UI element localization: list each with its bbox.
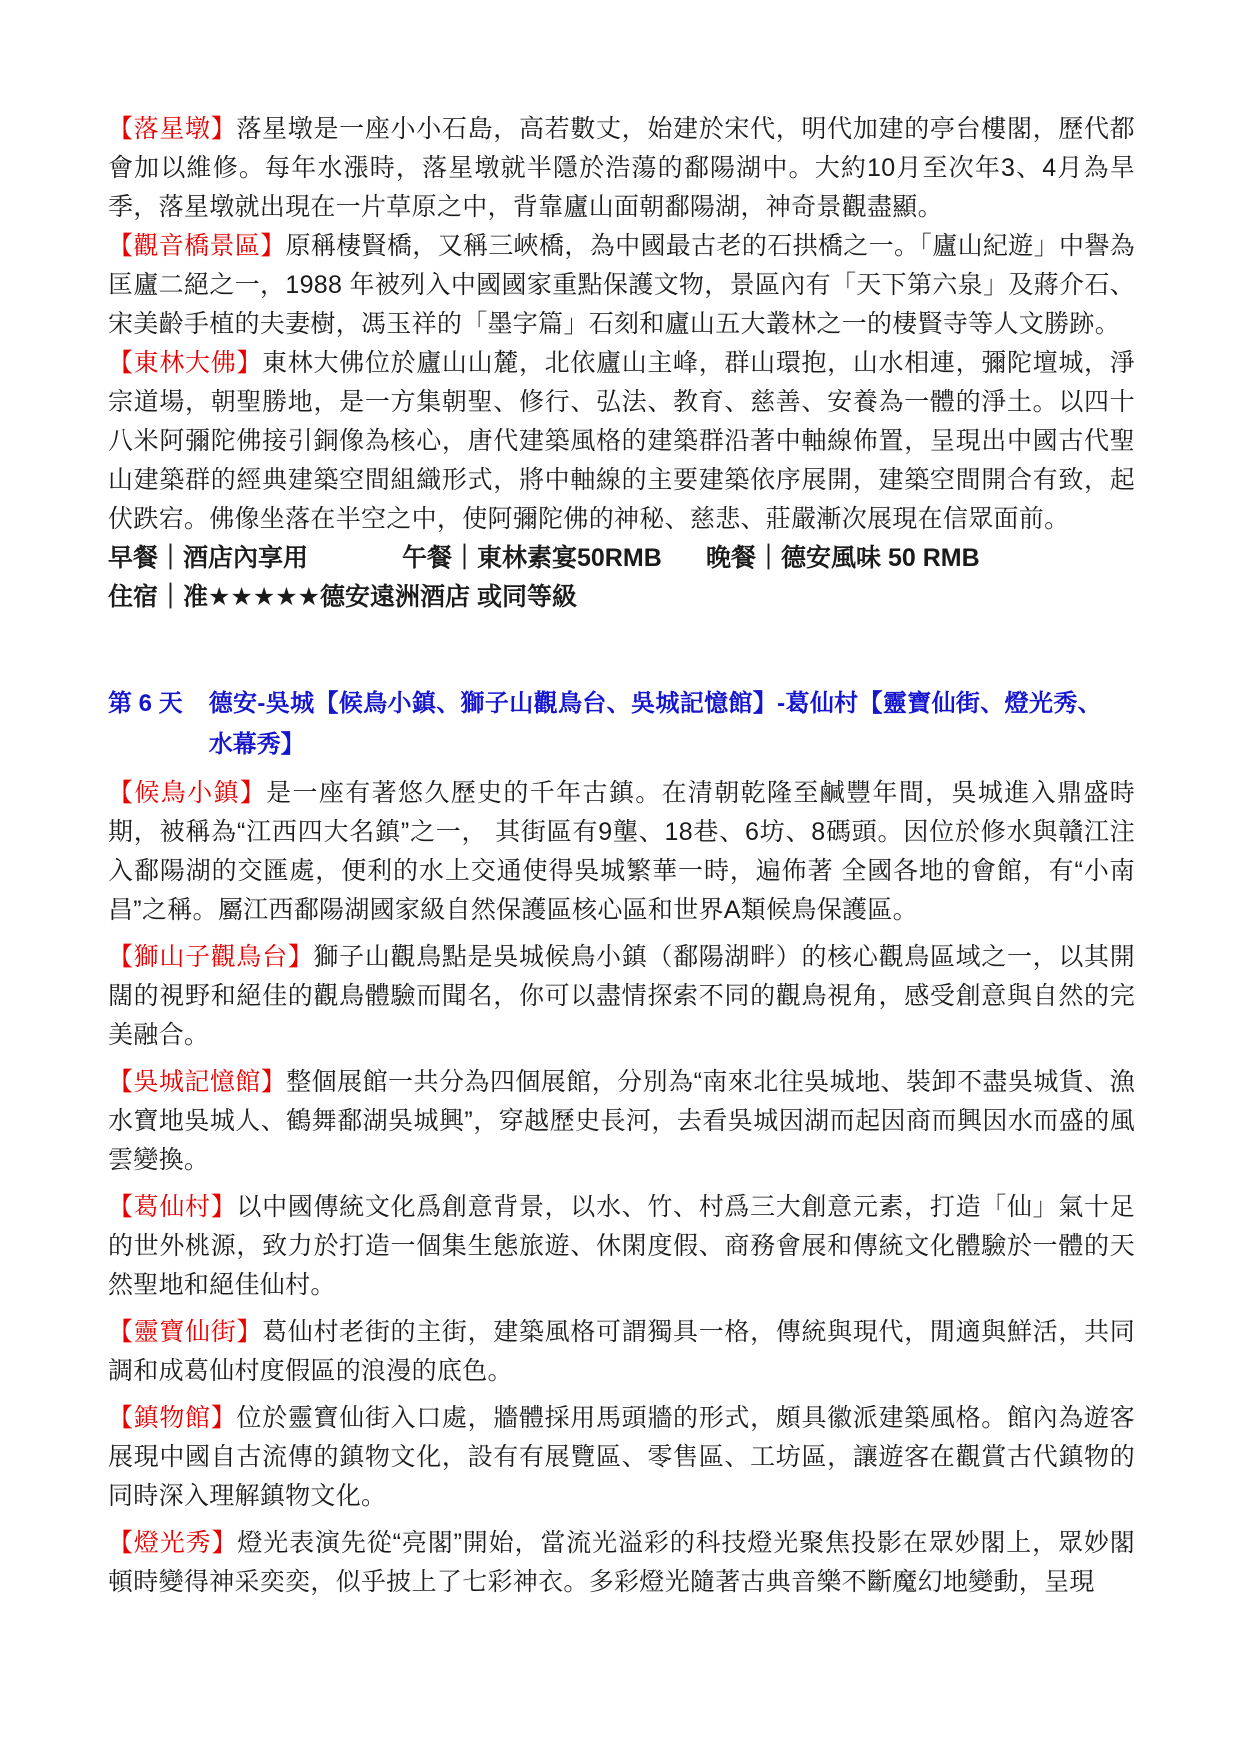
poi-label-gexiancun: 【葛仙村】: [108, 1193, 236, 1221]
lodging-info: 住宿｜准★★★★★德安遠洲酒店 或同等級: [108, 578, 1135, 617]
poi-label-lingbaoxianjie: 【靈寶仙街】: [108, 1318, 262, 1346]
poi-label-jiyiguan: 【吳城記憶館】: [108, 1068, 286, 1096]
day6-day-label: 第 6 天: [108, 683, 183, 724]
poi-label-guanniaotai: 【獅山子觀鳥台】: [108, 943, 313, 971]
poi-label-luoxingdun: 【落星墩】: [108, 115, 236, 143]
poi-label-zhenwuguan: 【鎮物館】: [108, 1404, 236, 1432]
poi-text-dengguangxiu: 燈光表演先從“亮閣”開始，當流光溢彩的科技燈光聚焦投影在眾妙閣上，眾妙閣頓時變得…: [108, 1529, 1135, 1596]
poi-paragraph-donglindafo: 【東林大佛】東林大佛位於廬山山麓，北依廬山主峰，群山環抱，山水相連，彌陀壇城，淨…: [108, 344, 1135, 539]
day6-heading: 第 6 天 德安-吳城【候鳥小鎮、獅子山觀鳥台、吳城記憶館】-葛仙村【靈寶仙街、…: [108, 683, 1135, 765]
poi-paragraph-houniaoxiaozhen: 【候鳥小鎮】是一座有著悠久歷史的千年古鎮。在清朝乾隆至鹹豐年間，吳城進入鼎盛時期…: [108, 774, 1135, 930]
poi-paragraph-zhenwuguan: 【鎮物館】位於靈寶仙街入口處，牆體採用馬頭牆的形式，頗具徽派建築風格。館內為遊客…: [108, 1399, 1135, 1516]
poi-text-luoxingdun: 落星墩是一座小小石島，高若數丈，始建於宋代，明代加建的亭台樓閣，歷代都會加以維修…: [108, 115, 1135, 221]
poi-paragraph-guanyinqiao: 【觀音橋景區】原稱棲賢橋，又稱三峽橋，為中國最古老的石拱橋之一。「廬山紀遊」中譽…: [108, 227, 1135, 344]
poi-text-zhenwuguan: 位於靈寶仙街入口處，牆體採用馬頭牆的形式，頗具徽派建築風格。館內為遊客展現中國自…: [108, 1404, 1135, 1510]
poi-text-donglindafo: 東林大佛位於廬山山麓，北依廬山主峰，群山環抱，山水相連，彌陀壇城，淨宗道場，朝聖…: [108, 349, 1135, 533]
poi-label-donglindafo: 【東林大佛】: [108, 349, 262, 377]
dinner-info: 晚餐｜德安風味 50 RMB: [706, 539, 1135, 578]
poi-paragraph-jiyiguan: 【吳城記憶館】整個展館一共分為四個展館，分別為“南來北往吳城地、裝卸不盡吳城貨、…: [108, 1063, 1135, 1180]
poi-paragraph-guanniaotai: 【獅山子觀鳥台】獅子山觀鳥點是吳城候鳥小鎮（鄱陽湖畔）的核心觀鳥區域之一，以其開…: [108, 938, 1135, 1055]
document-page: 【落星墩】落星墩是一座小小石島，高若數丈，始建於宋代，明代加建的亭台樓閣，歷代都…: [0, 0, 1241, 1755]
poi-label-houniaoxiaozhen: 【候鳥小鎮】: [108, 779, 266, 807]
poi-text-lingbaoxianjie: 葛仙村老街的主街，建築風格可謂獨具一格，傳統與現代，閒適與鮮活，共同調和成葛仙村…: [108, 1318, 1135, 1385]
poi-paragraph-gexiancun: 【葛仙村】以中國傳統文化爲創意背景，以水、竹、村爲三大創意元素，打造「仙」氣十足…: [108, 1188, 1135, 1305]
poi-text-gexiancun: 以中國傳統文化爲創意背景，以水、竹、村爲三大創意元素，打造「仙」氣十足的世外桃源…: [108, 1193, 1135, 1299]
poi-paragraph-lingbaoxianjie: 【靈寶仙街】葛仙村老街的主街，建築風格可謂獨具一格，傳統與現代，閒適與鮮活，共同…: [108, 1313, 1135, 1391]
meals-row: 早餐｜酒店內享用 午餐｜東林素宴50RMB 晚餐｜德安風味 50 RMB: [108, 539, 1135, 578]
poi-label-dengguangxiu: 【燈光秀】: [108, 1529, 237, 1557]
poi-paragraph-dengguangxiu: 【燈光秀】燈光表演先從“亮閣”開始，當流光溢彩的科技燈光聚焦投影在眾妙閣上，眾妙…: [108, 1524, 1135, 1602]
poi-paragraph-luoxingdun: 【落星墩】落星墩是一座小小石島，高若數丈，始建於宋代，明代加建的亭台樓閣，歷代都…: [108, 110, 1135, 227]
breakfast-info: 早餐｜酒店內享用: [108, 539, 402, 578]
poi-label-guanyinqiao: 【觀音橋景區】: [108, 232, 285, 260]
lunch-info: 午餐｜東林素宴50RMB: [402, 539, 706, 578]
day6-route: 德安-吳城【候鳥小鎮、獅子山觀鳥台、吳城記憶館】-葛仙村【靈寶仙街、燈光秀、水幕…: [209, 683, 1102, 765]
